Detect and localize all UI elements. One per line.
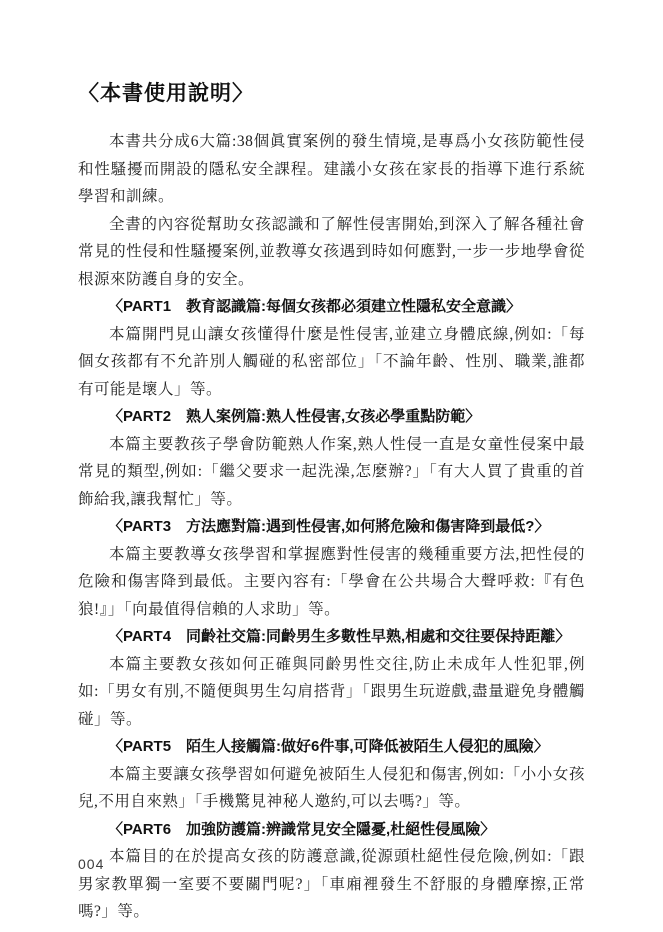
part-section-4: 〈PART4 同齡社交篇:同齡男生多數性早熟,相處和交往要保持距離〉 本篇主要教…: [78, 623, 585, 733]
intro-block: 本書共分成6大篇:38個眞實案例的發生情境,是專爲小女孩防範性侵和性騷擾而開設的…: [78, 128, 585, 293]
part-body: 本篇主要教女孩如何正確與同齡男性交往,防止未成年人性犯罪,例如:「男女有別,不隨…: [78, 651, 585, 734]
part-section-5: 〈PART5 陌生人接觸篇:做好6件事,可降低被陌生人侵犯的風險〉 本篇主要讓女…: [78, 733, 585, 816]
part-body: 本篇主要教孩子學會防範熟人作案,熟人性侵一直是女童性侵案中最常見的類型,例如:「…: [78, 431, 585, 514]
intro-paragraph-2: 全書的內容從幫助女孩認識和了解性侵害開始,到深入了解各種社會常見的性侵和性騷擾案…: [78, 211, 585, 294]
part-section-3: 〈PART3 方法應對篇:遇到性侵害,如何將危險和傷害降到最低?〉 本篇主要教導…: [78, 513, 585, 623]
part-heading: 〈PART4 同齡社交篇:同齡男生多數性早熟,相處和交往要保持距離〉: [78, 623, 585, 651]
part-heading: 〈PART3 方法應對篇:遇到性侵害,如何將危險和傷害降到最低?〉: [78, 513, 585, 541]
page-title: 〈本書使用說明〉: [78, 78, 585, 108]
part-body: 本篇主要教導女孩學習和掌握應對性侵害的幾種重要方法,把性侵的危險和傷害降到最低。…: [78, 541, 585, 624]
part-heading: 〈PART5 陌生人接觸篇:做好6件事,可降低被陌生人侵犯的風險〉: [78, 733, 585, 761]
part-section-6: 〈PART6 加強防護篇:辨識常見安全隱憂,杜絕性侵風險〉 本篇目的在於提高女孩…: [78, 816, 585, 926]
part-body: 本篇開門見山讓女孩懂得什麼是性侵害,並建立身體底線,例如:「每個女孩都有不允許別…: [78, 321, 585, 404]
part-body: 本篇主要讓女孩學習如何避免被陌生人侵犯和傷害,例如:「小小女孩兒,不用自來熟」「…: [78, 761, 585, 816]
part-heading: 〈PART6 加強防護篇:辨識常見安全隱憂,杜絕性侵風險〉: [78, 816, 585, 844]
part-body: 本篇目的在於提高女孩的防護意識,從源頭杜絕性侵危險,例如:「跟男家教單獨一室要不…: [78, 843, 585, 926]
intro-paragraph-1: 本書共分成6大篇:38個眞實案例的發生情境,是專爲小女孩防範性侵和性騷擾而開設的…: [78, 128, 585, 211]
part-section-2: 〈PART2 熟人案例篇:熟人性侵害,女孩必學重點防範〉 本篇主要教孩子學會防範…: [78, 403, 585, 513]
part-heading: 〈PART1 教育認識篇:每個女孩都必須建立性隱私安全意識〉: [78, 293, 585, 321]
page-number: 004: [78, 856, 104, 872]
book-page: 〈本書使用說明〉 本書共分成6大篇:38個眞實案例的發生情境,是專爲小女孩防範性…: [0, 0, 663, 932]
part-heading: 〈PART2 熟人案例篇:熟人性侵害,女孩必學重點防範〉: [78, 403, 585, 431]
part-section-1: 〈PART1 教育認識篇:每個女孩都必須建立性隱私安全意識〉 本篇開門見山讓女孩…: [78, 293, 585, 403]
